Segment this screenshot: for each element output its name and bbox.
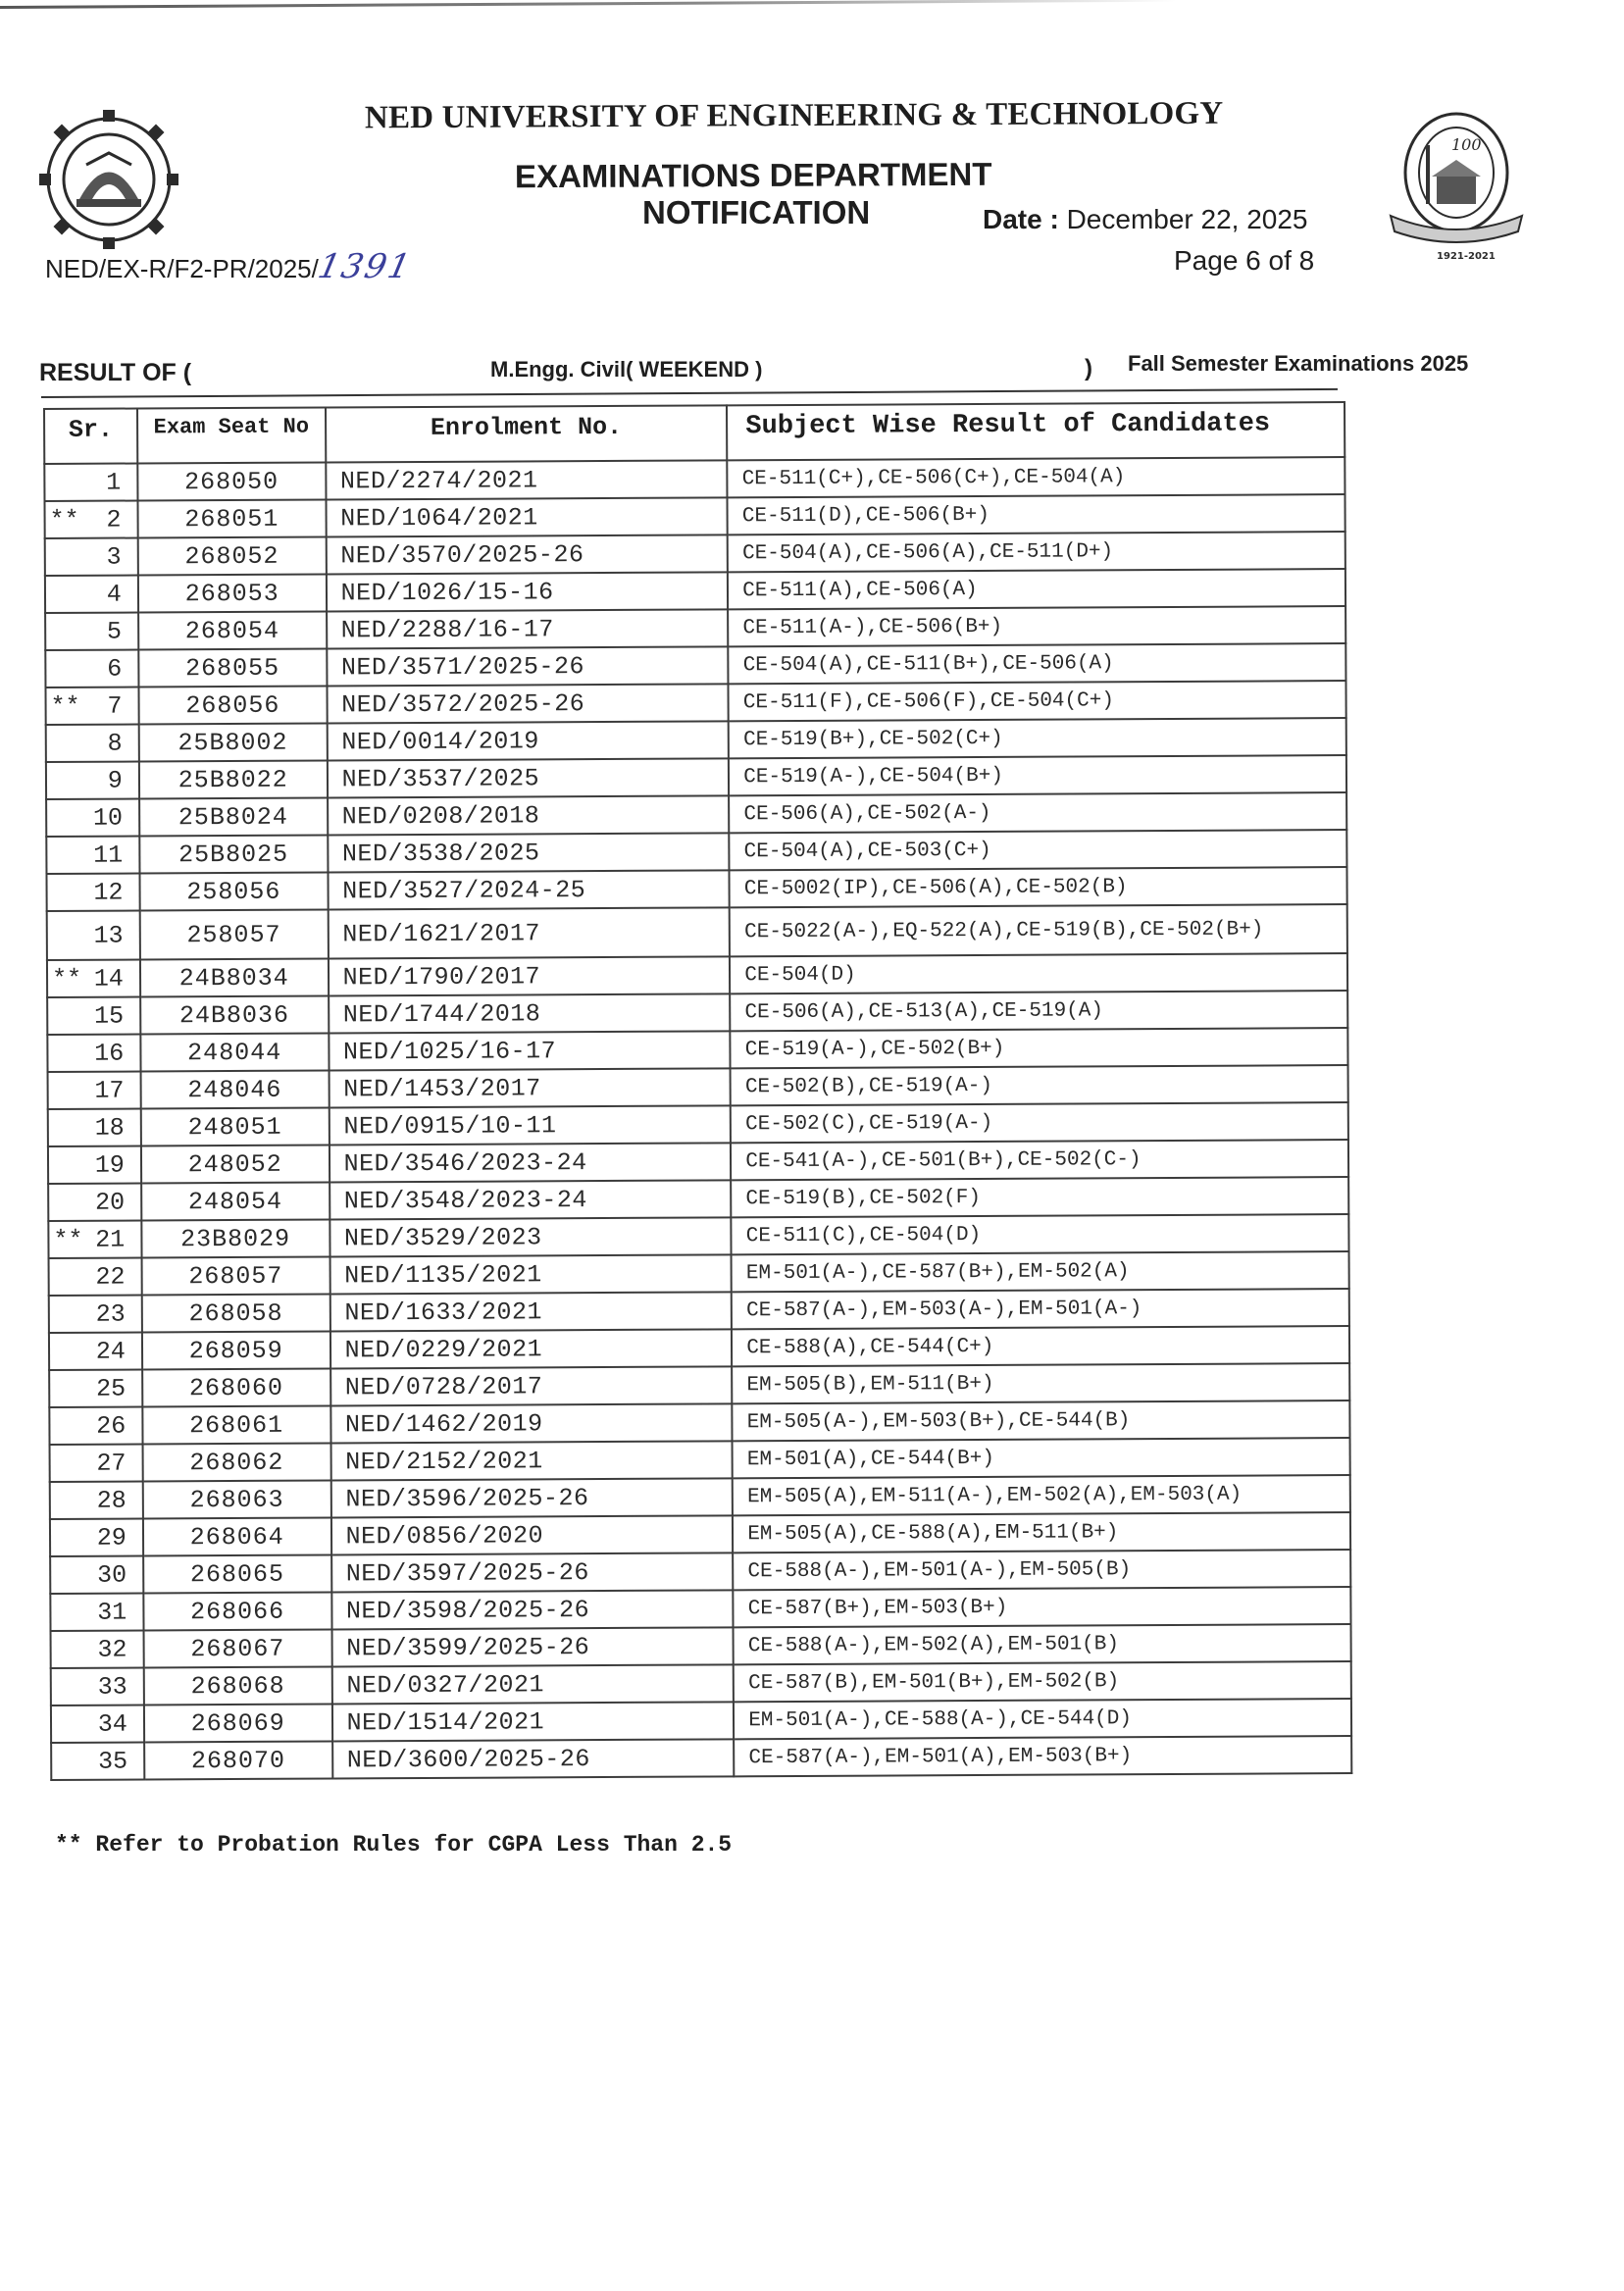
- cell-subject-result: EM-501(A-),CE-588(A-),CE-544(D): [734, 1699, 1351, 1739]
- cell-sr: 20: [48, 1183, 141, 1220]
- cell-seat-no: 25B8024: [139, 797, 328, 836]
- cell-seat-no: 268056: [138, 686, 327, 724]
- cell-seat-no: 268062: [142, 1443, 330, 1481]
- cell-sr: 33: [51, 1667, 144, 1705]
- cell-subject-result: CE-587(B+),EM-503(B+): [734, 1587, 1351, 1627]
- cell-enrolment-no: NED/1025/16-17: [329, 1031, 731, 1070]
- serial-number: 18: [95, 1113, 125, 1142]
- serial-number: 3: [107, 542, 122, 571]
- cell-seat-no: 268060: [142, 1368, 330, 1406]
- cell-subject-result: CE-504(A),CE-511(B+),CE-506(A): [729, 643, 1346, 684]
- cell-sr: 1: [44, 463, 137, 500]
- cell-sr: 4: [45, 575, 138, 612]
- cell-seat-no: 268050: [137, 462, 326, 500]
- cell-sr: 25: [49, 1369, 142, 1406]
- serial-number: 17: [94, 1076, 124, 1104]
- cell-enrolment-no: NED/3598/2025-26: [331, 1590, 734, 1629]
- cell-seat-no: 268058: [142, 1294, 330, 1332]
- cell-enrolment-no: NED/3600/2025-26: [332, 1739, 735, 1778]
- cell-sr: 11: [46, 836, 139, 873]
- cell-seat-no: 248052: [141, 1145, 330, 1183]
- cell-seat-no: 268070: [144, 1741, 332, 1779]
- cell-enrolment-no: NED/1633/2021: [330, 1292, 732, 1331]
- header-seat-no: Exam Seat No: [137, 407, 326, 463]
- cell-subject-result: CE-587(B),EM-501(B+),EM-502(B): [734, 1661, 1351, 1702]
- serial-number: 7: [107, 691, 122, 720]
- cell-subject-result: CE-519(B+),CE-502(C+): [729, 718, 1346, 758]
- probation-flag: **: [52, 964, 81, 993]
- cell-sr: 29: [50, 1518, 143, 1555]
- cell-sr: 30: [50, 1555, 143, 1593]
- cell-enrolment-no: NED/3570/2025-26: [326, 535, 728, 574]
- serial-number: 10: [93, 803, 123, 832]
- cell-subject-result: CE-511(D),CE-506(B+): [728, 494, 1345, 535]
- department-title: EXAMINATIONS DEPARTMENT: [515, 156, 992, 196]
- cell-enrolment-no: NED/3597/2025-26: [331, 1553, 734, 1592]
- cell-seat-no: 258056: [139, 872, 328, 910]
- cell-sr: 26: [49, 1406, 142, 1444]
- serial-number: 1: [106, 468, 121, 496]
- cell-seat-no: 248054: [141, 1182, 330, 1220]
- cell-subject-result: CE-519(A-),CE-502(B+): [731, 1028, 1348, 1068]
- serial-number: 16: [94, 1039, 124, 1067]
- svg-text:1921-2021: 1921-2021: [1437, 251, 1496, 262]
- cell-enrolment-no: NED/1744/2018: [329, 993, 731, 1033]
- serial-number: 35: [98, 1747, 127, 1775]
- serial-number: 12: [93, 878, 123, 906]
- cell-seat-no: 268068: [144, 1666, 332, 1705]
- svg-text:100: 100: [1451, 135, 1482, 154]
- cell-seat-no: 268061: [142, 1405, 330, 1444]
- cell-sr: 13: [47, 910, 140, 959]
- cell-subject-result: CE-511(A-),CE-506(B+): [728, 606, 1345, 646]
- cell-enrolment-no: NED/2274/2021: [326, 460, 728, 499]
- cell-seat-no: 268053: [138, 574, 327, 612]
- cell-enrolment-no: NED/1026/15-16: [326, 572, 728, 611]
- header-enrolment-no: Enrolment No.: [326, 405, 728, 462]
- serial-number: 20: [95, 1188, 125, 1216]
- cell-subject-result: EM-501(A),CE-544(B+): [733, 1438, 1350, 1478]
- date-line: Date : December 22, 2025: [983, 204, 1308, 235]
- cell-subject-result: CE-588(A-),EM-501(A-),EM-505(B): [733, 1550, 1350, 1590]
- serial-number: 26: [96, 1411, 126, 1440]
- probation-flag: **: [51, 691, 80, 720]
- date-value: December 22, 2025: [1067, 204, 1308, 234]
- cell-seat-no: 24B8036: [140, 995, 329, 1034]
- table-row: 35268070NED/3600/2025-26CE-587(A-),EM-50…: [51, 1736, 1351, 1780]
- table-header-row: Sr. Exam Seat No Enrolment No. Subject W…: [44, 402, 1345, 464]
- header-subject-result: Subject Wise Result of Candidates: [727, 402, 1345, 460]
- document-type: NOTIFICATION: [642, 194, 870, 231]
- probation-footnote: ** Refer to Probation Rules for CGPA Les…: [55, 1832, 732, 1858]
- cell-sr: **21: [48, 1220, 141, 1257]
- cell-sr: 24: [49, 1332, 142, 1369]
- cell-seat-no: 268055: [138, 648, 327, 687]
- cell-subject-result: CE-587(A-),EM-501(A),EM-503(B+): [734, 1736, 1351, 1776]
- cell-seat-no: 268057: [141, 1256, 330, 1295]
- cell-seat-no: 268066: [143, 1592, 331, 1630]
- cell-seat-no: 268064: [143, 1517, 331, 1555]
- cell-enrolment-no: NED/3548/2023-24: [330, 1180, 732, 1219]
- serial-number: 15: [94, 1001, 124, 1030]
- header-sr: Sr.: [44, 408, 137, 463]
- cell-enrolment-no: NED/3571/2025-26: [327, 646, 729, 686]
- reference-prefix: NED/EX-R/F2-PR/2025/: [45, 254, 319, 283]
- cell-subject-result: CE-541(A-),CE-501(B+),CE-502(C-): [731, 1140, 1348, 1180]
- cell-sr: 9: [46, 761, 139, 798]
- serial-number: 19: [95, 1150, 125, 1179]
- cell-sr: 23: [49, 1295, 142, 1332]
- results-body: 1268050NED/2274/2021CE-511(C+),CE-506(C+…: [44, 457, 1351, 1780]
- university-name: NED UNIVERSITY OF ENGINEERING & TECHNOLO…: [365, 96, 1247, 137]
- probation-flag: **: [53, 1225, 82, 1253]
- serial-number: 14: [94, 964, 124, 993]
- cell-enrolment-no: NED/0856/2020: [331, 1515, 734, 1554]
- cell-enrolment-no: NED/1514/2021: [332, 1702, 735, 1741]
- cell-sr: 10: [46, 798, 139, 836]
- serial-number: 27: [96, 1449, 126, 1477]
- cell-subject-result: EM-501(A-),CE-587(B+),EM-502(A): [732, 1251, 1349, 1292]
- cell-subject-result: CE-519(B),CE-502(F): [731, 1177, 1348, 1217]
- serial-number: 4: [107, 580, 122, 608]
- cell-seat-no: 248044: [140, 1033, 329, 1071]
- cell-enrolment-no: NED/0014/2019: [327, 721, 729, 760]
- cell-enrolment-no: NED/1064/2021: [326, 497, 728, 536]
- cell-seat-no: 25B8025: [139, 835, 328, 873]
- serial-number: 28: [97, 1486, 127, 1514]
- cell-sr: 28: [50, 1481, 143, 1518]
- serial-number: 32: [97, 1635, 127, 1663]
- cell-subject-result: CE-588(A-),EM-502(A),EM-501(B): [734, 1624, 1351, 1664]
- cell-enrolment-no: NED/1453/2017: [329, 1068, 731, 1107]
- serial-number: 25: [96, 1374, 126, 1402]
- serial-number: 30: [97, 1560, 127, 1589]
- cell-seat-no: 248051: [141, 1107, 330, 1145]
- cell-sr: 27: [50, 1444, 143, 1481]
- result-of-label: RESULT OF (: [39, 359, 191, 387]
- cell-subject-result: CE-588(A),CE-544(C+): [732, 1326, 1349, 1366]
- cell-subject-result: CE-504(D): [730, 953, 1347, 993]
- serial-number: 9: [108, 766, 123, 794]
- cell-enrolment-no: NED/3537/2025: [327, 758, 729, 797]
- header-divider: [41, 388, 1338, 398]
- cell-enrolment-no: NED/0229/2021: [330, 1329, 733, 1368]
- cell-sr: 31: [50, 1593, 143, 1630]
- cell-seat-no: 268065: [143, 1554, 331, 1593]
- cell-subject-result: CE-511(F),CE-506(F),CE-504(C+): [729, 681, 1346, 721]
- cell-subject-result: CE-519(A-),CE-504(B+): [729, 755, 1346, 795]
- cell-seat-no: 25B8002: [139, 723, 328, 761]
- semester-name: Fall Semester Examinations 2025: [1128, 351, 1468, 377]
- cell-subject-result: CE-506(A),CE-502(A-): [729, 792, 1346, 833]
- cell-sr: 15: [47, 996, 140, 1034]
- serial-number: 21: [95, 1225, 125, 1253]
- serial-number: 31: [97, 1598, 127, 1626]
- serial-number: 5: [107, 617, 122, 645]
- serial-number: 11: [93, 840, 123, 869]
- cell-sr: **14: [47, 959, 140, 996]
- probation-flag: **: [50, 505, 79, 534]
- serial-number: 34: [98, 1709, 127, 1738]
- cell-subject-result: CE-511(C),CE-504(D): [732, 1214, 1349, 1254]
- cell-sr: 3: [45, 537, 138, 575]
- date-label: Date :: [983, 204, 1059, 234]
- cell-enrolment-no: NED/1621/2017: [328, 907, 730, 958]
- cell-subject-result: CE-504(A),CE-503(C+): [730, 830, 1347, 870]
- cell-seat-no: 268052: [138, 536, 327, 575]
- cell-sr: 22: [49, 1257, 142, 1295]
- cell-subject-result: CE-502(C),CE-519(A-): [731, 1102, 1348, 1143]
- cell-enrolment-no: NED/1462/2019: [330, 1403, 733, 1443]
- cell-sr: 6: [45, 649, 138, 687]
- cell-subject-result: CE-5002(IP),CE-506(A),CE-502(B): [730, 867, 1347, 907]
- cell-subject-result: CE-502(B),CE-519(A-): [731, 1065, 1348, 1105]
- serial-number: 13: [94, 921, 124, 949]
- cell-enrolment-no: NED/0208/2018: [328, 795, 730, 835]
- cell-enrolment-no: NED/3529/2023: [330, 1217, 732, 1256]
- serial-number: 33: [98, 1672, 127, 1701]
- cell-enrolment-no: NED/0327/2021: [331, 1664, 734, 1704]
- page-number: Page 6 of 8: [1174, 245, 1314, 277]
- cell-enrolment-no: NED/3546/2023-24: [330, 1143, 732, 1182]
- cell-subject-result: EM-505(A),EM-511(A-),EM-502(A),EM-503(A): [733, 1475, 1350, 1515]
- serial-number: 23: [96, 1299, 126, 1328]
- cell-enrolment-no: NED/2152/2021: [330, 1441, 733, 1480]
- ned-university-logo-icon: [35, 106, 182, 253]
- results-table: Sr. Exam Seat No Enrolment No. Subject W…: [43, 401, 1352, 1781]
- cell-sr: 12: [46, 873, 139, 910]
- cell-seat-no: 248046: [140, 1070, 329, 1108]
- cell-seat-no: 268063: [143, 1480, 331, 1518]
- handwritten-number: 1391: [315, 247, 416, 286]
- cell-sr: 17: [48, 1071, 141, 1108]
- cell-enrolment-no: NED/3599/2025-26: [331, 1627, 734, 1666]
- cell-subject-result: EM-505(A-),EM-503(B+),CE-544(B): [733, 1400, 1350, 1441]
- cell-sr: 34: [51, 1705, 144, 1742]
- cell-enrolment-no: NED/3538/2025: [328, 833, 730, 872]
- cell-seat-no: 268069: [144, 1704, 332, 1742]
- cell-sr: **7: [45, 687, 138, 724]
- table-row: 13258057NED/1621/2017CE-5022(A-),EQ-522(…: [47, 904, 1347, 960]
- cell-subject-result: EM-505(B),EM-511(B+): [732, 1363, 1349, 1403]
- result-of-close: ): [1085, 355, 1092, 382]
- cell-enrolment-no: NED/0915/10-11: [329, 1105, 731, 1145]
- cell-sr: **2: [44, 500, 137, 537]
- cell-sr: 32: [51, 1630, 144, 1667]
- cell-enrolment-no: NED/3596/2025-26: [330, 1478, 733, 1517]
- serial-number: 24: [96, 1337, 126, 1365]
- program-name: M.Engg. Civil( WEEKEND ): [490, 357, 762, 382]
- serial-number: 8: [108, 729, 123, 757]
- cell-seat-no: 268067: [143, 1629, 331, 1667]
- cell-enrolment-no: NED/1790/2017: [329, 956, 731, 995]
- cell-sr: 16: [47, 1034, 140, 1071]
- cell-sr: 35: [51, 1742, 144, 1779]
- cell-seat-no: 268059: [142, 1331, 330, 1369]
- cell-seat-no: 24B8034: [140, 958, 329, 996]
- cell-subject-result: EM-505(A),CE-588(A),EM-511(B+): [733, 1512, 1350, 1553]
- cell-seat-no: 268054: [138, 611, 327, 649]
- cell-enrolment-no: NED/3572/2025-26: [327, 684, 729, 723]
- serial-number: 6: [107, 654, 122, 683]
- cell-sr: 19: [48, 1145, 141, 1183]
- cell-subject-result: CE-5022(A-),EQ-522(A),CE-519(B),CE-502(B…: [730, 904, 1347, 956]
- serial-number: 29: [97, 1523, 127, 1552]
- cell-enrolment-no: NED/0728/2017: [330, 1366, 733, 1405]
- cell-sr: 18: [48, 1108, 141, 1145]
- cell-subject-result: CE-506(A),CE-513(A),CE-519(A): [730, 991, 1347, 1031]
- cell-seat-no: 25B8022: [139, 760, 328, 798]
- cell-sr: 8: [46, 724, 139, 761]
- cell-enrolment-no: NED/1135/2021: [330, 1254, 732, 1294]
- serial-number: 22: [95, 1262, 125, 1291]
- centenary-logo-icon: 100 1921-2021: [1383, 106, 1530, 263]
- cell-subject-result: CE-587(A-),EM-503(A-),EM-501(A-): [732, 1289, 1349, 1329]
- cell-seat-no: 258057: [140, 909, 329, 959]
- serial-number: 2: [106, 505, 121, 534]
- cell-seat-no: 268051: [137, 499, 326, 537]
- cell-enrolment-no: NED/2288/16-17: [327, 609, 729, 648]
- cell-sr: 5: [45, 612, 138, 649]
- scan-edge-line: [0, 0, 1177, 9]
- cell-subject-result: CE-511(A),CE-506(A): [728, 569, 1345, 609]
- cell-subject-result: CE-504(A),CE-506(A),CE-511(D+): [728, 532, 1345, 572]
- cell-seat-no: 23B8029: [141, 1219, 330, 1257]
- reference-number: NED/EX-R/F2-PR/2025/1391: [45, 247, 411, 286]
- cell-subject-result: CE-511(C+),CE-506(C+),CE-504(A): [728, 457, 1345, 497]
- cell-enrolment-no: NED/3527/2024-25: [328, 870, 730, 909]
